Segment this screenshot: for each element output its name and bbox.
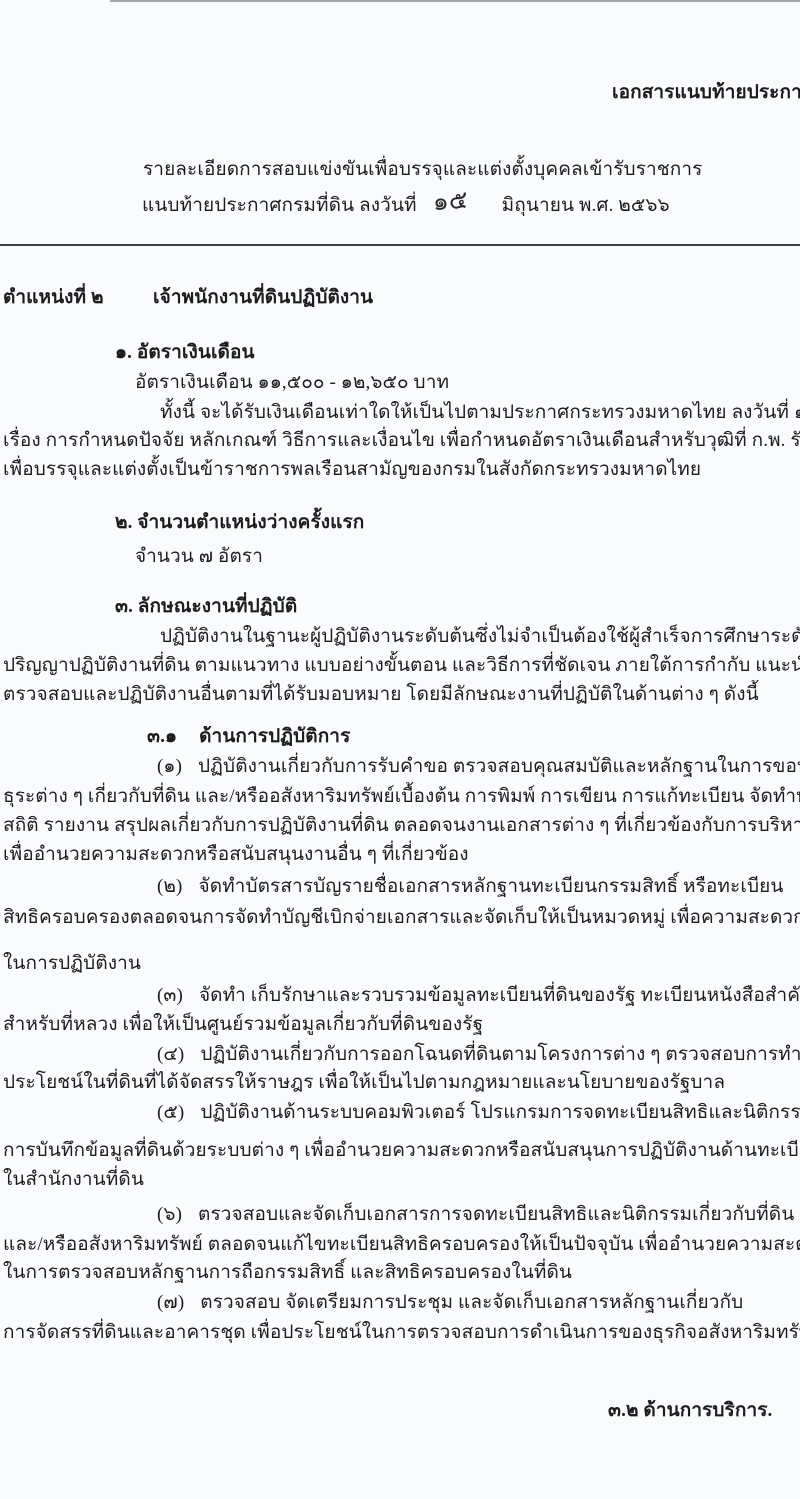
- duty-item-continuation: และ/หรืออสังหาริมทรัพย์ ตลอดจนแก้ไขทะเบี…: [3, 1230, 800, 1260]
- scan-edge-artifact: [110, 0, 800, 2]
- duty-item-continuation: การจัดสรรที่ดินและอาคารชุด เพื่อประโยชน์…: [3, 1318, 800, 1348]
- duty-item: (๕)ปฏิบัติงานด้านระบบคอมพิวเตอร์ โปรแกรม…: [157, 1098, 800, 1128]
- duty-item-text: ตรวจสอบ จัดเตรียมการประชุม และจัดเก็บเอก…: [200, 1292, 743, 1313]
- duty-item-number: (๕): [157, 1098, 184, 1128]
- subsection32-catchword: ๓.๒ ด้านการบริการ.: [608, 1396, 772, 1426]
- salary-line: อัตราเงินเดือน ๑๑,๕๐๐ - ๑๒,๖๕๐ บาท: [135, 368, 449, 398]
- duty-item-number: (๓): [157, 981, 183, 1011]
- position-title: เจ้าพนักงานที่ดินปฏิบัติงาน: [153, 283, 373, 313]
- duty-item-number: (๖): [157, 1200, 182, 1230]
- corner-note: เอกสารแนบท้ายประกาศ: [612, 78, 800, 108]
- vacancy-line: จำนวน ๗ อัตรา: [135, 542, 263, 572]
- duty-item-text: ปฏิบัติงานด้านระบบคอมพิวเตอร์ โปรแกรมการ…: [200, 1102, 800, 1123]
- duty-item-text: จัดทำ เก็บรักษาและรวบรวมข้อมูลทะเบียนที่…: [199, 985, 800, 1006]
- section3-intro-line: ตรวจสอบและปฏิบัติงานอื่นตามที่ได้รับมอบห…: [3, 680, 759, 710]
- duty-item-number: (๔): [157, 1040, 184, 1070]
- duty-item: (๒)จัดทำบัตรสารบัญรายชื่อเอกสารหลักฐานทะ…: [157, 872, 783, 902]
- duty-item-continuation: สำหรับที่หลวง เพื่อให้เป็นศูนย์รวมข้อมูล…: [3, 1010, 483, 1040]
- document-title-line2: แนบท้ายประกาศกรมที่ดิน ลงวันที่๑๕มิถุนาย…: [142, 191, 670, 221]
- duty-item-continuation: สถิติ รายงาน สรุปผลเกี่ยวกับการปฏิบัติงา…: [3, 811, 800, 841]
- position-number-label: ตำแหน่งที่ ๒: [3, 283, 104, 313]
- horizontal-rule: [0, 244, 800, 246]
- duty-item-continuation: ในการตรวจสอบหลักฐานการถือกรรมสิทธิ์ และส…: [3, 1258, 572, 1288]
- duty-item-continuation: เพื่ออำนวยความสะดวกหรือสนับสนุนงานอื่น ๆ…: [3, 840, 469, 870]
- document-title-line1: รายละเอียดการสอบแข่งขันเพื่อบรรจุและแต่ง…: [143, 155, 702, 185]
- scanned-document-page: เอกสารแนบท้ายประกาศ รายละเอียดการสอบแข่ง…: [0, 0, 800, 1499]
- title-line2-prefix: แนบท้ายประกาศกรมที่ดิน ลงวันที่: [142, 195, 417, 216]
- duty-item: (๗)ตรวจสอบ จัดเตรียมการประชุม และจัดเก็บ…: [157, 1288, 743, 1318]
- handwritten-date: ๑๕: [432, 188, 469, 216]
- duty-item-continuation: ในสำนักงานที่ดิน: [3, 1165, 144, 1195]
- duty-item: (๓)จัดทำ เก็บรักษาและรวบรวมข้อมูลทะเบียน…: [157, 981, 800, 1011]
- duty-item-text: จัดทำบัตรสารบัญรายชื่อเอกสารหลักฐานทะเบี…: [198, 876, 783, 897]
- duty-item: (๑)ปฏิบัติงานเกี่ยวกับการรับคำขอ ตรวจสอบ…: [157, 752, 800, 782]
- section1-paragraph-line: เรื่อง การกำหนดปัจจัย หลักเกณฑ์ วิธีการแ…: [3, 426, 800, 456]
- duty-item-continuation: การบันทึกข้อมูลที่ดินด้วยระบบต่าง ๆ เพื่…: [3, 1136, 800, 1166]
- duty-item-number: (๗): [157, 1288, 184, 1318]
- duty-item-text: ปฏิบัติงานเกี่ยวกับการออกโฉนดที่ดินตามโค…: [200, 1044, 800, 1065]
- section2-heading: ๒. จำนวนตำแหน่งว่างครั้งแรก: [115, 508, 364, 538]
- section1-heading: ๑. อัตราเงินเดือน: [115, 338, 255, 368]
- title-line2-suffix: มิถุนายน พ.ศ. ๒๕๖๖: [502, 195, 670, 216]
- duty-item-number: (๒): [157, 872, 182, 902]
- duty-item-continuation: ประโยชน์ในที่ดินที่ได้จัดสรรให้ราษฎร เพื…: [3, 1068, 725, 1098]
- duty-item-number: (๑): [157, 752, 182, 782]
- subsection31-number: ๓.๑: [147, 722, 177, 752]
- duty-item: (๖)ตรวจสอบและจัดเก็บเอกสารการจดทะเบียนสิ…: [157, 1200, 794, 1230]
- duty-item-text: ตรวจสอบและจัดเก็บเอกสารการจดทะเบียนสิทธิ…: [198, 1204, 794, 1225]
- duty-item-text: ปฏิบัติงานเกี่ยวกับการรับคำขอ ตรวจสอบคุณ…: [198, 756, 800, 777]
- section3-heading: ๓. ลักษณะงานที่ปฏิบัติ: [115, 592, 297, 622]
- duty-item: (๔)ปฏิบัติงานเกี่ยวกับการออกโฉนดที่ดินตา…: [157, 1040, 800, 1070]
- section1-paragraph-line: ทั้งนี้ จะได้รับเงินเดือนเท่าใดให้เป็นไป…: [160, 398, 800, 428]
- section3-intro-line: ปริญญาปฏิบัติงานที่ดิน ตามแนวทาง แบบอย่า…: [3, 651, 800, 681]
- duty-item-continuation: ธุระต่าง ๆ เกี่ยวกับที่ดิน และ/หรืออสังห…: [3, 782, 800, 812]
- duty-item-continuation: ในการปฏิบัติงาน: [3, 949, 141, 979]
- subsection31-heading: ๓.๑ด้านการปฏิบัติการ: [147, 722, 350, 752]
- section3-intro-line: ปฏิบัติงานในฐานะผู้ปฏิบัติงานระดับต้นซึ่…: [160, 622, 800, 652]
- subsection31-title: ด้านการปฏิบัติการ: [199, 726, 350, 747]
- section1-paragraph-line: เพื่อบรรจุและแต่งตั้งเป็นข้าราชการพลเรือ…: [3, 455, 701, 485]
- duty-item-continuation: สิทธิครอบครองตลอดจนการจัดทำบัญชีเบิกจ่าย…: [3, 903, 800, 933]
